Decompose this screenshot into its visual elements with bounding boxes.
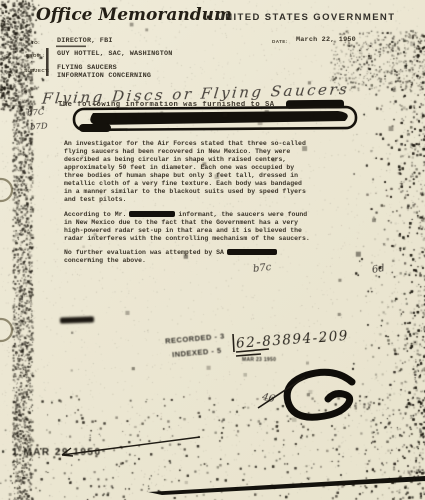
subject-line1: FLYING SAUCERS <box>57 64 117 72</box>
memo-title: Office Memorandum <box>36 5 232 25</box>
paragraph-1: An investigator for the Air Forces state… <box>64 140 310 204</box>
recorded-stamp: RECORDED - 3 <box>165 331 225 345</box>
received-date-stamp: MAR 23 1950 <box>242 357 276 363</box>
date-label: DATE: <box>272 39 288 44</box>
exemption-code-b7c: b7C <box>27 107 45 118</box>
handwritten-initials-right: 6d <box>371 263 385 276</box>
redaction-outline <box>74 107 356 130</box>
indexed-stamp: INDEXED - 5 <box>172 346 222 359</box>
pen-scribble-oval <box>287 372 352 417</box>
paragraph-3-before: No further evaluation was attempted by S… <box>64 249 224 256</box>
from-value: GUY HOTTEL, SAC, WASHINGTON <box>57 50 173 58</box>
redaction-bar-tail <box>79 124 111 132</box>
scan-line-bottom <box>148 476 425 495</box>
handwritten-margin-mark: 46 <box>261 392 276 405</box>
smudged-typist-initials <box>60 316 94 323</box>
hole-punch-bottom <box>0 319 12 341</box>
from-label: FROM : <box>26 53 45 58</box>
to-label: TO: <box>31 40 40 45</box>
redaction-bar-agent <box>227 249 277 255</box>
redaction-bar-informant <box>129 211 175 217</box>
redaction-blob-intro <box>286 100 344 109</box>
subject-label: SUBJECT: <box>24 68 50 73</box>
underline-director <box>56 46 86 48</box>
paragraph-3: No further evaluation was attempted by S… <box>64 249 310 265</box>
paragraph-2: According to Mr.informant, the saucers w… <box>64 211 310 243</box>
paragraph-2-before: According to Mr. <box>64 211 126 218</box>
government-label: UNITED STATES GOVERNMENT <box>217 12 395 23</box>
intro-line: The following information was furnished … <box>58 101 275 109</box>
subject-line2: INFORMATION CONCERNING <box>57 72 151 80</box>
redaction-bar-main <box>90 111 348 125</box>
bottom-date-stamp: 1 MAR 29 1950 <box>12 447 102 458</box>
paragraph-3-after: concerning the above. <box>64 257 146 264</box>
handwritten-exemption-mid: b7c <box>252 262 271 275</box>
header-bullet: • <box>205 11 212 24</box>
date-value: March 22, 1950 <box>296 36 356 44</box>
exemption-code-b7d: b7D <box>30 121 48 132</box>
memo-document: Office Memorandum • UNITED STATES GOVERN… <box>0 0 425 500</box>
to-value: DIRECTOR, FBI <box>57 37 113 45</box>
file-number: 62-83894-209 <box>236 328 350 352</box>
hole-punch-top <box>0 179 12 201</box>
